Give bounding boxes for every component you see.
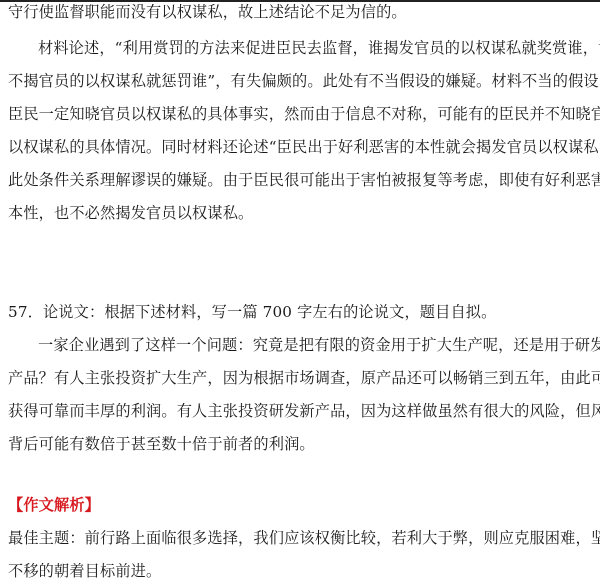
analysis-line: 最佳主题：前行路上面临很多选择，我们应该权衡比较，若利大于弊，则应克服困难，坚定 xyxy=(8,528,598,548)
analysis-heading: 【作文解析】 xyxy=(8,495,598,515)
paragraph-line: 以权谋私的具体情况。同时材料还论述“臣民出于好利恶害的本性就会揭发官员以权谋私”… xyxy=(8,137,598,157)
paragraph-line: 此处条件关系理解谬误的嫌疑。由于臣民很可能出于害怕被报复等考虑，即使有好利恶害的 xyxy=(8,170,598,190)
paragraph-line: 本性，也不必然揭发官员以权谋私。 xyxy=(8,203,598,223)
material-line: 一家企业遇到了这样一个问题：究竟是把有限的资金用于扩大生产呢，还是用于研发新 xyxy=(38,335,600,355)
paragraph-line: 不揭官员的以权谋私就惩罚谁”，有失偏颇的。此处有不当假设的嫌疑。材料不当的假设了 xyxy=(8,71,598,91)
material-line: 背后可能有数倍于甚至数十倍于前者的利润。 xyxy=(8,434,598,454)
analysis-line: 不移的朝着目标前进。 xyxy=(8,561,598,581)
paragraph-line: 材料论述，“利用赏罚的方法来促进臣民去监督，谁揭发官员的以权谋私就奖赏谁，谁 xyxy=(38,38,600,58)
material-line: 产品？有人主张投资扩大生产，因为根据市场调查，原产品还可以畅销三到五年，由此可以 xyxy=(8,368,598,388)
continuation-line: 守行使监督职能而没有以权谋私，故上述结论不足为信的。 xyxy=(8,2,598,22)
paragraph-line: 臣民一定知晓官员以权谋私的具体事实，然而由于信息不对称，可能有的臣民并不知晓官员 xyxy=(8,104,598,124)
material-line: 获得可靠而丰厚的利润。有人主张投资研发新产品，因为这样做虽然有很大的风险，但风险 xyxy=(8,401,598,421)
question-prompt: 57．论说文：根据下述材料，写一篇 700 字左右的论说文，题目自拟。 xyxy=(8,302,598,322)
